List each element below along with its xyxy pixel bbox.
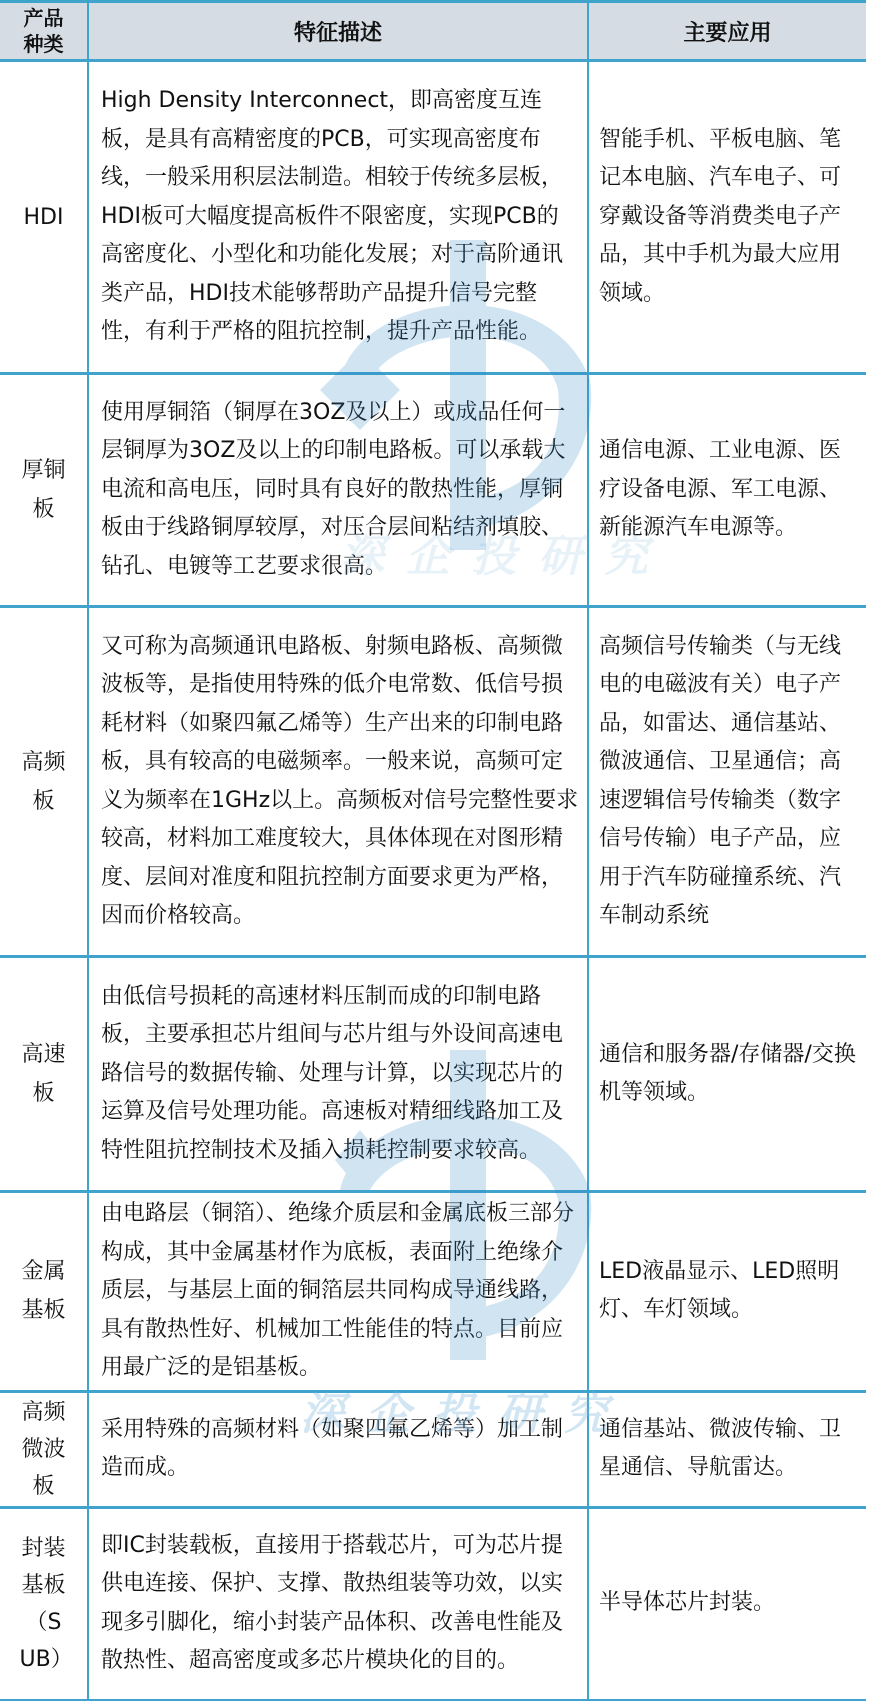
product-type-cell: 封装基板（SUB）	[0, 1507, 88, 1700]
table-row: HDI High Density Interconnect，即高密度互连板，是具…	[0, 61, 866, 374]
product-type-cell: 高频微波板	[0, 1391, 88, 1507]
table-body: HDI High Density Interconnect，即高密度互连板，是具…	[0, 61, 866, 1701]
application-cell: 通信电源、工业电源、医疗设备电源、军工电源、新能源汽车电源等。	[588, 374, 866, 607]
table-row: 金属基板 由电路层（铜箔）、绝缘介质层和金属底板三部分构成，其中金属基材作为底板…	[0, 1192, 866, 1392]
application-text: 半导体芯片封装。	[599, 1584, 858, 1623]
product-type: 高频板	[20, 743, 68, 821]
application-text: 智能手机、平板电脑、笔记本电脑、汽车电子、可穿戴设备等消费类电子产品，其中手机为…	[599, 121, 858, 314]
description-text: 又可称为高频通讯电路板、射频电路板、高频微波板等，是指使用特殊的低介电常数、低信…	[101, 628, 579, 936]
header-description: 特征描述	[88, 2, 588, 61]
table-header: 产品种类 特征描述 主要应用	[0, 2, 866, 61]
description-cell: 使用厚铜箔（铜厚在3OZ及以上）或成品任何一层铜厚为3OZ及以上的印制电路板。可…	[88, 374, 588, 607]
product-type: 金属基板	[20, 1252, 68, 1330]
description-cell: 由低信号损耗的高速材料压制而成的印制电路板，主要承担芯片组间与芯片组与外设间高速…	[88, 957, 588, 1192]
product-type-cell: 厚铜板	[0, 374, 88, 607]
description-cell: 采用特殊的高频材料（如聚四氟乙烯等）加工制造而成。	[88, 1391, 588, 1507]
description-text: 由电路层（铜箔）、绝缘介质层和金属底板三部分构成，其中金属基材作为底板，表面附上…	[101, 1195, 579, 1388]
application-text: LED液晶显示、LED照明灯、车灯领域。	[599, 1253, 858, 1330]
application-cell: 智能手机、平板电脑、笔记本电脑、汽车电子、可穿戴设备等消费类电子产品，其中手机为…	[588, 61, 866, 374]
application-cell: LED液晶显示、LED照明灯、车灯领域。	[588, 1192, 866, 1392]
application-cell: 高频信号传输类（与无线电的电磁波有关）电子产品，如雷达、通信基站、微波通信、卫星…	[588, 607, 866, 957]
description-text: 由低信号损耗的高速材料压制而成的印制电路板，主要承担芯片组间与芯片组与外设间高速…	[101, 978, 579, 1171]
header-row: 产品种类 特征描述 主要应用	[0, 2, 866, 61]
description-text: 采用特殊的高频材料（如聚四氟乙烯等）加工制造而成。	[101, 1411, 579, 1488]
application-text: 通信和服务器/存储器/交换机等领域。	[599, 1036, 858, 1113]
application-cell: 通信基站、微波传输、卫星通信、导航雷达。	[588, 1391, 866, 1507]
table-row: 厚铜板 使用厚铜箔（铜厚在3OZ及以上）或成品任何一层铜厚为3OZ及以上的印制电…	[0, 374, 866, 607]
application-text: 高频信号传输类（与无线电的电磁波有关）电子产品，如雷达、通信基站、微波通信、卫星…	[599, 628, 858, 936]
table-row: 封装基板（SUB） 即IC封装载板，直接用于搭载芯片，可为芯片提供电连接、保护、…	[0, 1507, 866, 1700]
description-cell: High Density Interconnect，即高密度互连板，是具有高精密…	[88, 61, 588, 374]
pcb-product-table: 产品种类 特征描述 主要应用 HDI High Density Intercon…	[0, 0, 866, 1701]
application-cell: 通信和服务器/存储器/交换机等领域。	[588, 957, 866, 1192]
product-type: 封装基板（SUB）	[20, 1530, 68, 1678]
application-cell: 半导体芯片封装。	[588, 1507, 866, 1700]
product-type: 高频微波板	[20, 1394, 68, 1505]
application-text: 通信电源、工业电源、医疗设备电源、军工电源、新能源汽车电源等。	[599, 432, 858, 548]
product-type-cell: HDI	[0, 61, 88, 374]
application-text: 通信基站、微波传输、卫星通信、导航雷达。	[599, 1411, 858, 1488]
description-cell: 即IC封装载板，直接用于搭载芯片，可为芯片提供电连接、保护、支撑、散热组装等功效…	[88, 1507, 588, 1700]
description-text: 即IC封装载板，直接用于搭载芯片，可为芯片提供电连接、保护、支撑、散热组装等功效…	[101, 1527, 579, 1681]
product-type-cell: 高速板	[0, 957, 88, 1192]
product-type: 厚铜板	[20, 451, 68, 529]
pcb-product-table-container: 产品种类 特征描述 主要应用 HDI High Density Intercon…	[0, 0, 866, 1701]
product-type: HDI	[0, 198, 87, 237]
description-text: High Density Interconnect，即高密度互连板，是具有高精密…	[101, 82, 579, 352]
table-row: 高速板 由低信号损耗的高速材料压制而成的印制电路板，主要承担芯片组间与芯片组与外…	[0, 957, 866, 1192]
description-cell: 又可称为高频通讯电路板、射频电路板、高频微波板等，是指使用特殊的低介电常数、低信…	[88, 607, 588, 957]
table-row: 高频板 又可称为高频通讯电路板、射频电路板、高频微波板等，是指使用特殊的低介电常…	[0, 607, 866, 957]
product-type-cell: 高频板	[0, 607, 88, 957]
product-type: 高速板	[20, 1035, 68, 1113]
description-text: 使用厚铜箔（铜厚在3OZ及以上）或成品任何一层铜厚为3OZ及以上的印制电路板。可…	[101, 394, 579, 587]
header-product-type: 产品种类	[0, 2, 88, 61]
description-cell: 由电路层（铜箔）、绝缘介质层和金属底板三部分构成，其中金属基材作为底板，表面附上…	[88, 1192, 588, 1392]
header-application: 主要应用	[588, 2, 866, 61]
header-product-type-label: 产品种类	[20, 5, 68, 57]
table-row: 高频微波板 采用特殊的高频材料（如聚四氟乙烯等）加工制造而成。 通信基站、微波传…	[0, 1391, 866, 1507]
product-type-cell: 金属基板	[0, 1192, 88, 1392]
